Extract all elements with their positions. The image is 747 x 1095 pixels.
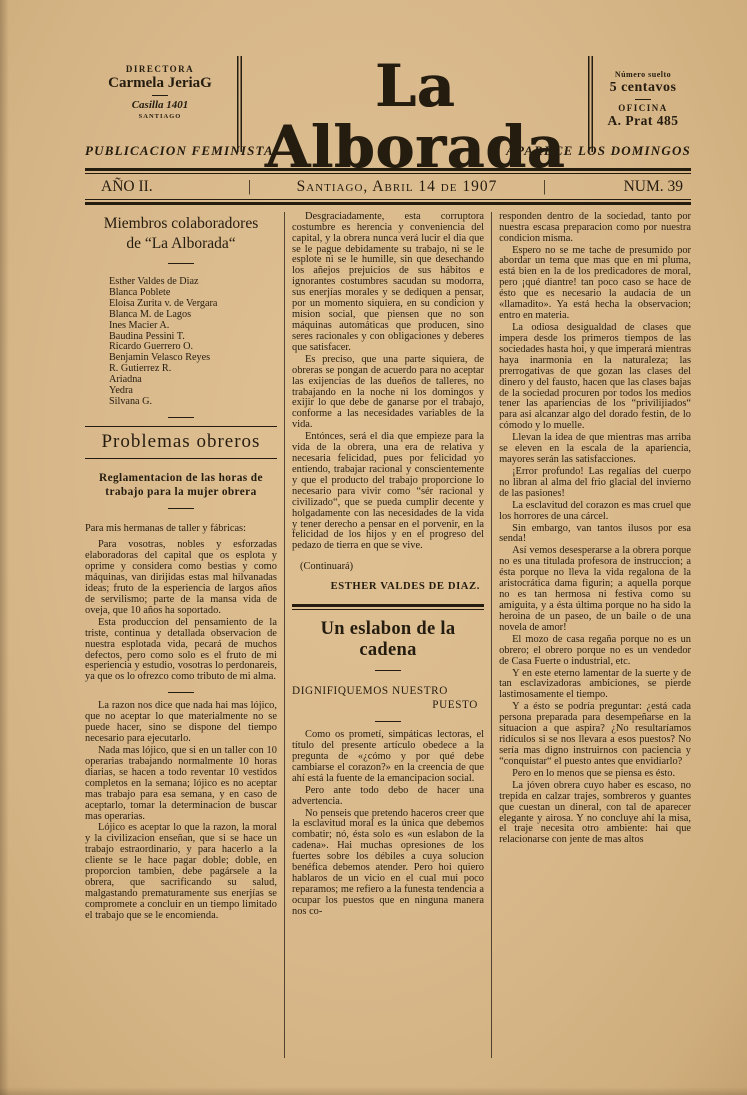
newspaper-page: DIRECTORA Carmela JeriaG Casilla 1401 SA… xyxy=(0,0,747,1095)
office-label: OFICINA xyxy=(595,103,691,113)
divider-dash xyxy=(168,508,194,509)
paragraph: Espero no se me tache de presumido por a… xyxy=(499,246,691,322)
price-block: Número suelto 5 centavos OFICINA A. Prat… xyxy=(595,54,691,142)
column-2: Desgraciadamente, esta corruptora costum… xyxy=(292,212,484,1058)
date-bar-row: AÑO II. | Santiago, Abril 14 de 1907 | N… xyxy=(85,174,691,199)
scan-bottom-shadow xyxy=(0,1087,747,1095)
issue-number: | NUM. 39 xyxy=(543,178,687,196)
section-separator xyxy=(292,604,484,610)
paragraph: No penseis que pretendo haceros creer qu… xyxy=(292,809,484,918)
price-label: Número suelto xyxy=(595,70,691,79)
directora-block: DIRECTORA Carmela JeriaG Casilla 1401 SA… xyxy=(85,54,235,142)
scan-edge-shadow xyxy=(0,0,9,1095)
paragraph: La esclavitud del corazon es mas cruel q… xyxy=(499,501,691,523)
column-1: Miembros colaboradores de “La Alborada“ … xyxy=(85,212,277,1058)
masthead-left-rule xyxy=(237,56,242,152)
paragraph: La odiosa desigualdad de clases que impe… xyxy=(499,323,691,432)
paragraph: ¡Error profundo! Las regalías del cuerpo… xyxy=(499,467,691,500)
office-address: A. Prat 485 xyxy=(595,113,691,129)
paragraph: Esta produccion del pensamiento de la tr… xyxy=(85,618,277,684)
year-text: AÑO II. xyxy=(101,178,153,196)
paragraph: Entónces, será el dia que empieze para l… xyxy=(292,432,484,552)
members-list: Esther Valdes de Diaz Blanca Poblete Elo… xyxy=(109,277,277,408)
issue-number-text: NUM. 39 xyxy=(624,178,683,196)
members-heading: Miembros colaboradores de “La Alborada“ xyxy=(85,214,277,254)
paragraph: Para vosotras, nobles y esforzadas elabo… xyxy=(85,540,277,616)
list-item: Ines Macier A. xyxy=(109,321,277,332)
section-subtitle: Reglamentacion de las horas de trabajo p… xyxy=(85,471,277,499)
paragraph: Sin embargo, van tantos ilusos por esa s… xyxy=(499,524,691,546)
directora-name: Carmela JeriaG xyxy=(85,75,235,92)
divider-dash xyxy=(168,417,194,418)
separator: | xyxy=(543,178,546,196)
paragraph: Nada mas lójico, que si en un taller con… xyxy=(85,746,277,822)
divider-dash xyxy=(635,99,651,100)
section-problemas-obreros: Problemas obreros Reglamentacion de las … xyxy=(85,426,277,922)
page-content: DIRECTORA Carmela JeriaG Casilla 1401 SA… xyxy=(85,54,691,1058)
paragraph: Como os prometí, simpáticas lectoras, el… xyxy=(292,730,484,785)
paragraph: El mozo de casa regaña porque no es un o… xyxy=(499,635,691,668)
city-label: SANTIAGO xyxy=(85,113,235,120)
paragraph: La jóven obrera cuyo haber es escaso, no… xyxy=(499,781,691,847)
section-title: Problemas obreros xyxy=(85,431,277,453)
paragraph: Y a ésto se podría preguntar: ¿está cada… xyxy=(499,702,691,768)
year-label: AÑO II. | xyxy=(89,178,251,196)
date-text: Santiago, Abril 14 de 1907 xyxy=(251,178,543,196)
directora-label: DIRECTORA xyxy=(85,64,235,74)
article-kicker: DIGNIFIQUEMOS NUESTRO PUESTO xyxy=(292,685,484,712)
paragraph: Llevan la idea de que mientras mas arrib… xyxy=(499,433,691,466)
rule xyxy=(292,609,484,610)
paragraph: responden dentro de la sociedad, tanto p… xyxy=(499,212,691,245)
divider-dash xyxy=(375,721,401,722)
paragraph: Así vemos desesperarse a la obrera porqu… xyxy=(499,546,691,633)
price-value: 5 centavos xyxy=(595,80,691,96)
paragraph: Es preciso, que una parte siquiera, de o… xyxy=(292,355,484,431)
divider-dash xyxy=(152,95,168,96)
page-title: La Alborada xyxy=(244,54,586,142)
members-heading-line2: de “La Alborada“ xyxy=(85,234,277,254)
column-rule xyxy=(491,212,492,1058)
masthead-right-rule xyxy=(588,56,593,152)
divider-dash xyxy=(168,692,194,693)
paragraph: Desgraciadamente, esta corruptora costum… xyxy=(292,212,484,354)
members-heading-line1: Miembros colaboradores xyxy=(85,214,277,234)
rule xyxy=(85,202,691,205)
kicker-line1: DIGNIFIQUEMOS NUESTRO xyxy=(292,685,484,698)
subtitle-left: PUBLICACION FEMINISTA xyxy=(85,143,274,159)
paragraph: Y en este eterno lamentar de la suerte y… xyxy=(499,669,691,702)
list-item: Silvana G. xyxy=(109,397,277,408)
casilla-address: Casilla 1401 xyxy=(85,99,235,111)
kicker-line2: PUESTO xyxy=(292,699,484,712)
divider-dash xyxy=(375,670,401,671)
paragraph: Pero ante todo debo de hacer una adverte… xyxy=(292,786,484,808)
subtitle-right: APARECE LOS DOMINGOS xyxy=(506,143,691,159)
section-title: Un eslabon de la cadena xyxy=(292,619,484,661)
paragraph: Lójico es aceptar lo que la razon, la mo… xyxy=(85,823,277,921)
author-signature: ESTHER VALDES DE DIAZ. xyxy=(292,581,484,592)
dedication-line: Para mis hermanas de taller y fábricas: xyxy=(85,523,277,534)
rule xyxy=(85,458,277,459)
column-3: responden dentro de la sociedad, tanto p… xyxy=(499,212,691,1058)
list-item: Ariadna xyxy=(109,375,277,386)
paragraph: Pero en lo menos que se piensa es ésto. xyxy=(499,769,691,780)
column-rule xyxy=(284,212,285,1058)
article-columns: Miembros colaboradores de “La Alborada“ … xyxy=(85,212,691,1058)
continuation-note: (Continuará) xyxy=(292,561,484,572)
rule xyxy=(85,426,277,427)
paragraph: La razon nos dice que nada hai mas lójic… xyxy=(85,701,277,745)
divider-dash xyxy=(168,263,194,264)
masthead: DIRECTORA Carmela JeriaG Casilla 1401 SA… xyxy=(85,54,691,142)
